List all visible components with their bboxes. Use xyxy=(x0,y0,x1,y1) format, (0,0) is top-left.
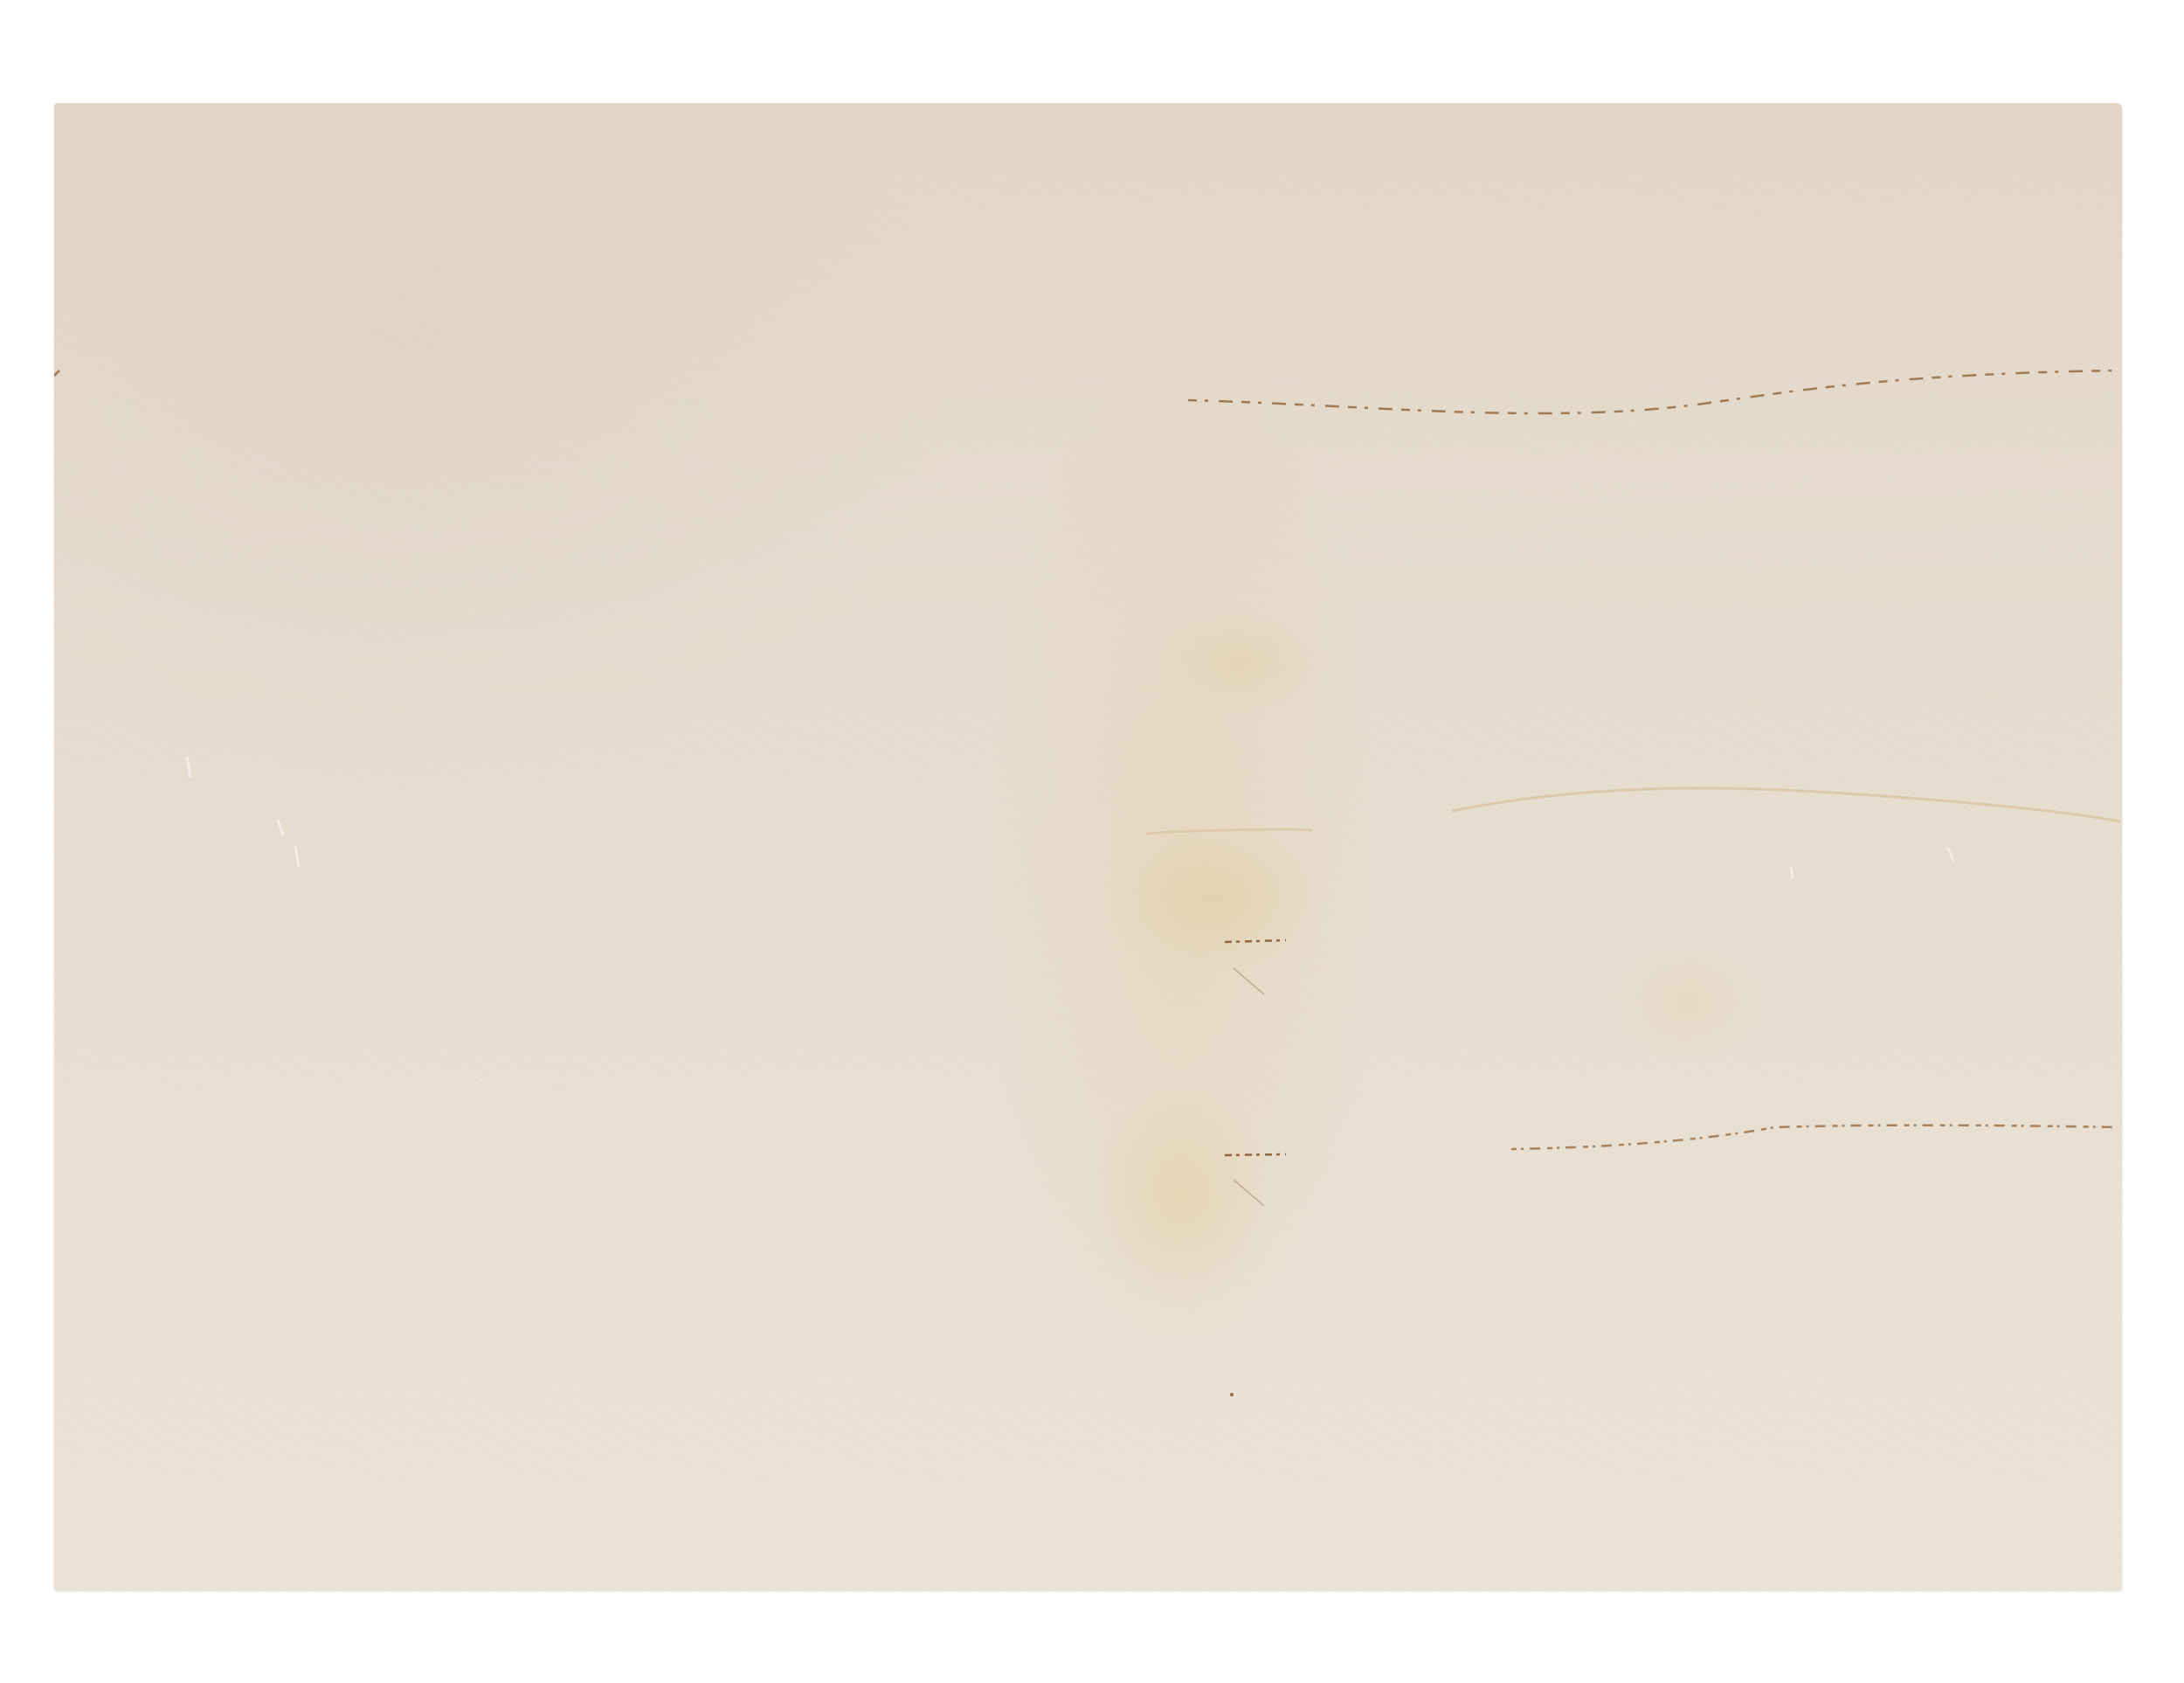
middle-faint-line-left xyxy=(1146,829,1312,834)
scuff-left xyxy=(187,757,299,867)
short-dash-upper xyxy=(1225,940,1286,942)
lower-dotted-line xyxy=(1511,1125,2118,1149)
short-tick-upper xyxy=(1234,968,1264,994)
upper-dotted-line xyxy=(1188,371,2118,413)
short-tick-lower xyxy=(1234,1180,1264,1206)
scuff-right xyxy=(1791,848,1953,879)
left-edge-tick xyxy=(54,371,59,376)
blank-paper-sheet xyxy=(54,103,2122,1590)
paper-marks xyxy=(54,103,2122,1590)
photo-scene xyxy=(0,0,2184,1683)
middle-faint-line xyxy=(1452,788,2120,821)
speck xyxy=(1230,1393,1234,1396)
short-dash-lower xyxy=(1225,1154,1286,1155)
